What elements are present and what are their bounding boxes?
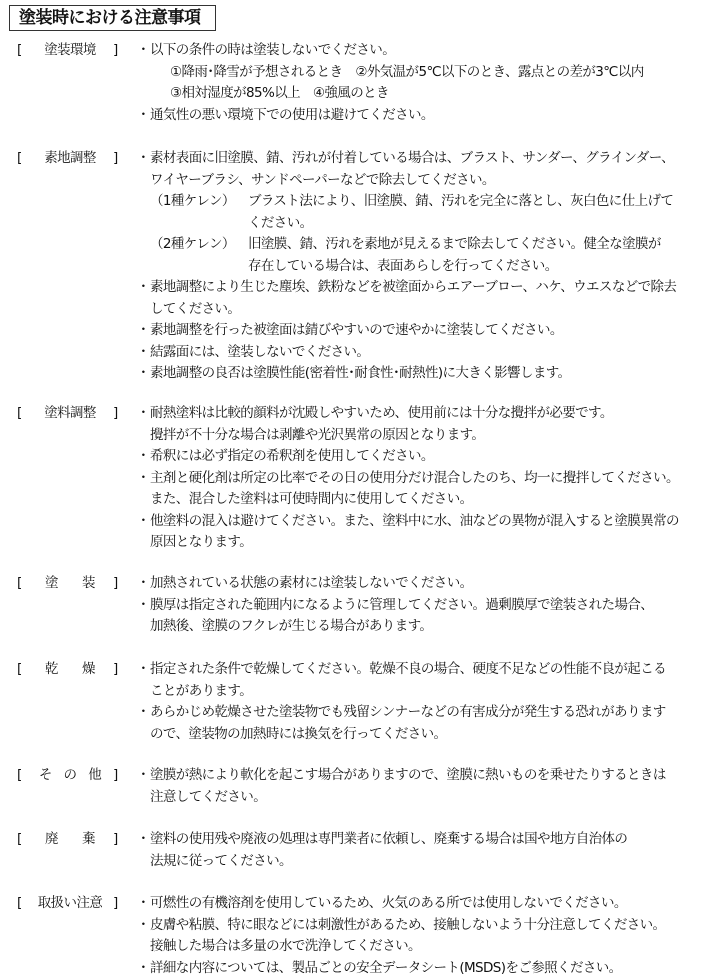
notice-line: ･以下の条件の時は塗装しないでください。 [140,40,720,62]
notice-line: ･可燃性の有機溶剤を使用しているため、火気のある所では使用しないでください。 [140,893,720,915]
section-lines: ･素材表面に旧塗膜、錆、汚れが付着している場合は、ブラスト、サンダー、グラインダ… [140,148,720,385]
bullet-icon: ･ [140,573,150,595]
section-lines: ･以下の条件の時は塗装しないでください。①降雨･降雪が予想されるとき ②外気温が… [140,40,720,126]
line-text: 詳細な内容については、製品ごとの安全データシート(MSDS)をご参照ください。 [150,960,622,976]
bullet-icon: ･ [140,511,150,533]
close-bracket: ] [113,893,123,915]
open-bracket: [ [17,893,27,915]
notice-line: 注意してください。 [140,787,720,809]
section-label-text: その他 [27,765,113,787]
line-text: 素材表面に旧塗膜、錆、汚れが付着している場合は、ブラスト、サンダー、グラインダー… [150,150,674,166]
line-text: 素地調整を行った被塗面は錆びやすいので速やかに塗装してください。 [150,322,563,338]
close-bracket: ] [113,659,123,681]
label-char: 他 [88,765,101,787]
open-bracket: [ [17,40,27,62]
close-bracket: ] [113,573,123,595]
line-text: 耐熱塗料は比較的顔料が沈殿しやすいため、使用前には十分な攪拌が必要です。 [150,405,613,421]
label-char: の [64,765,77,787]
line-text: 皮膚や粘膜、特に眼などには刺激性があるため、接触しないよう十分注意してください。 [150,917,665,933]
section-label-text: 塗料調整 [27,403,113,425]
label-char: 塗料調整 [44,403,96,425]
notice-line: 存在している場合は、表面あらしを行ってください。 [140,256,720,278]
notice-line: ･加熱されている状態の素材には塗装しないでください。 [140,573,720,595]
notice-line: ワイヤーブラシ、サンドペーパーなどで除去してください。 [140,170,720,192]
bullet-icon: ･ [140,277,150,299]
label-char: 素地調整 [44,148,96,170]
line-text: 素地調整により生じた塵埃、鉄粉などを被塗面からエアーブロー、ハケ、ウエスなどで除… [150,279,676,295]
label-char: 装 [82,573,95,595]
kelen-grade-label: （2種ケレン） [150,234,248,256]
line-text: 塗料の使用残や廃液の処理は専門業者に依頼し、廃棄する場合は国や地方自治体の [150,831,627,847]
open-bracket: [ [17,829,27,851]
notice-line: ･詳細な内容については、製品ごとの安全データシート(MSDS)をご参照ください。 [140,958,720,980]
line-text: 指定された条件で乾燥してください。乾燥不良の場合、硬度不足などの性能不良が起こる [150,661,666,677]
notice-line: 加熱後、塗膜のフクレが生じる場合があります。 [140,616,720,638]
line-text: あらかじめ乾燥させた塗装物でも残留シンナーなどの有害成分が発生する恐れがあります [150,704,666,720]
open-bracket: [ [17,765,27,787]
bullet-icon: ･ [140,363,150,385]
section-label: [塗装環境] [17,40,123,62]
line-text: 加熱されている状態の素材には塗装しないでください。 [150,575,473,591]
section-lines: ･塗料の使用残や廃液の処理は専門業者に依頼し、廃棄する場合は国や地方自治体の法規… [140,829,720,872]
label-char: 塗装環境 [44,40,96,62]
line-text: 主剤と硬化剤は所定の比率でその日の使用分だけ混合したのち、均一に攪拌してください… [150,470,679,486]
line-text: 通気性の悪い環境下での使用は避けてください。 [150,107,434,123]
close-bracket: ] [113,403,123,425]
line-text: 以下の条件の時は塗装しないでください。 [150,42,395,58]
section-label-text: 素地調整 [27,148,113,170]
notice-line: （2種ケレン）旧塗膜、錆、汚れを素地が見えるまで除去してください。健全な塗膜が [140,234,720,256]
bullet-icon: ･ [140,829,150,851]
label-char: 廃 [45,829,58,851]
open-bracket: [ [17,659,27,681]
notice-line: ･他塗料の混入は避けてください。また、塗料中に水、油などの異物が混入すると塗膜異… [140,511,720,533]
notice-line: （1種ケレン）ブラスト法により、旧塗膜、錆、汚れを完全に落とし、灰白色に仕上げて [140,191,720,213]
line-text: 結露面には、塗装しないでください。 [150,344,369,360]
kelen-grade-label [150,256,248,278]
notice-line: 接触した場合は多量の水で洗浄してください。 [140,936,720,958]
close-bracket: ] [113,765,123,787]
line-text: ください。 [248,213,313,235]
label-char: 乾 [45,659,58,681]
section-label: [その他] [17,765,123,787]
notice-line: 原因となります。 [140,532,720,554]
line-text: 他塗料の混入は避けてください。また、塗料中に水、油などの異物が混入すると塗膜異常… [150,513,679,529]
bullet-icon: ･ [140,446,150,468]
section-lines: ･塗膜が熱により軟化を起こす場合がありますので、塗膜に熱いものを乗せたりするとき… [140,765,720,808]
section-label: [塗料調整] [17,403,123,425]
open-bracket: [ [17,403,27,425]
line-text: 存在している場合は、表面あらしを行ってください。 [248,256,558,278]
line-text: ブラスト法により、旧塗膜、錆、汚れを完全に落とし、灰白色に仕上げて [248,191,673,213]
section-label-text: 乾燥 [27,659,113,681]
bullet-icon: ･ [140,595,150,617]
notice-line: 法規に従ってください。 [140,851,720,873]
close-bracket: ] [113,40,123,62]
line-text: 旧塗膜、錆、汚れを素地が見えるまで除去してください。健全な塗膜が [248,234,661,256]
open-bracket: [ [17,148,27,170]
section-lines: ･加熱されている状態の素材には塗装しないでください。･膜厚は指定された範囲内にな… [140,573,720,638]
label-char: 取扱い注意 [38,893,103,915]
bullet-icon: ･ [140,915,150,937]
notice-line: ･結露面には、塗装しないでください。 [140,342,720,364]
label-char: 塗 [45,573,58,595]
section-label-text: 廃棄 [27,829,113,851]
notice-line: ①降雨･降雪が予想されるとき ②外気温が5℃以下のとき、露点との差が3℃以内 [140,62,720,84]
notice-line: ･希釈には必ず指定の希釈剤を使用してください。 [140,446,720,468]
line-text: 膜厚は指定された範囲内になるように管理してください。過剰膜厚で塗装された場合、 [150,597,653,613]
line-text: 可燃性の有機溶剤を使用しているため、火気のある所では使用しないでください。 [150,895,627,911]
bullet-icon: ･ [140,403,150,425]
notice-line: ･塗膜が熱により軟化を起こす場合がありますので、塗膜に熱いものを乗せたりするとき… [140,765,720,787]
page-title: 塗装時における注意事項 [9,5,216,31]
bullet-icon: ･ [140,105,150,127]
notice-line: ことがあります。 [140,681,720,703]
bullet-icon: ･ [140,893,150,915]
section-label: [素地調整] [17,148,123,170]
line-text: 希釈には必ず指定の希釈剤を使用してください。 [150,448,434,464]
notice-line: してください。 [140,299,720,321]
notice-line: ･素材表面に旧塗膜、錆、汚れが付着している場合は、ブラスト、サンダー、グラインダ… [140,148,720,170]
close-bracket: ] [113,148,123,170]
notice-line: ･素地調整の良否は塗膜性能(密着性･耐食性･耐熱性)に大きく影響します。 [140,363,720,385]
notice-line: ので、塗装物の加熱時には換気を行ってください。 [140,724,720,746]
section-lines: ･指定された条件で乾燥してください。乾燥不良の場合、硬度不足などの性能不良が起こ… [140,659,720,745]
line-text: 塗膜が熱により軟化を起こす場合がありますので、塗膜に熱いものを乗せたりするときは [150,767,666,783]
notice-line: ･指定された条件で乾燥してください。乾燥不良の場合、硬度不足などの性能不良が起こ… [140,659,720,681]
bullet-icon: ･ [140,342,150,364]
bullet-icon: ･ [140,958,150,980]
bullet-icon: ･ [140,148,150,170]
section-label-text: 塗装 [27,573,113,595]
close-bracket: ] [113,829,123,851]
kelen-grade-label: （1種ケレン） [150,191,248,213]
notice-line: ･素地調整を行った被塗面は錆びやすいので速やかに塗装してください。 [140,320,720,342]
bullet-icon: ･ [140,659,150,681]
label-char: そ [39,765,52,787]
label-char: 燥 [82,659,95,681]
section-lines: ･可燃性の有機溶剤を使用しているため、火気のある所では使用しないでください。･皮… [140,893,720,979]
kelen-grade-label [150,213,248,235]
section-label-text: 取扱い注意 [27,893,113,915]
line-text: 素地調整の良否は塗膜性能(密着性･耐食性･耐熱性)に大きく影響します。 [150,365,570,381]
label-char: 棄 [82,829,95,851]
notice-line: ･あらかじめ乾燥させた塗装物でも残留シンナーなどの有害成分が発生する恐れがありま… [140,702,720,724]
bullet-icon: ･ [140,320,150,342]
notice-line: ･耐熱塗料は比較的顔料が沈殿しやすいため、使用前には十分な攪拌が必要です。 [140,403,720,425]
open-bracket: [ [17,573,27,595]
section-label: [廃棄] [17,829,123,851]
notice-line: ･膜厚は指定された範囲内になるように管理してください。過剰膜厚で塗装された場合、 [140,595,720,617]
notice-line: 攪拌が不十分な場合は剥離や光沢異常の原因となります。 [140,425,720,447]
notice-line: ･主剤と硬化剤は所定の比率でその日の使用分だけ混合したのち、均一に攪拌してくださ… [140,468,720,490]
section-label: [塗装] [17,573,123,595]
section-label-text: 塗装環境 [27,40,113,62]
bullet-icon: ･ [140,468,150,490]
notice-line: ③相対湿度が85%以上 ④強風のとき [140,83,720,105]
bullet-icon: ･ [140,702,150,724]
section-label: [乾燥] [17,659,123,681]
notice-line: また、混合した塗料は可使時間内に使用してください。 [140,489,720,511]
bullet-icon: ･ [140,40,150,62]
notice-line: ･皮膚や粘膜、特に眼などには刺激性があるため、接触しないよう十分注意してください… [140,915,720,937]
notice-line: ください。 [140,213,720,235]
notice-line: ･通気性の悪い環境下での使用は避けてください。 [140,105,720,127]
section-lines: ･耐熱塗料は比較的顔料が沈殿しやすいため、使用前には十分な攪拌が必要です。攪拌が… [140,403,720,554]
notice-line: ･塗料の使用残や廃液の処理は専門業者に依頼し、廃棄する場合は国や地方自治体の [140,829,720,851]
notice-line: ･素地調整により生じた塵埃、鉄粉などを被塗面からエアーブロー、ハケ、ウエスなどで… [140,277,720,299]
bullet-icon: ･ [140,765,150,787]
section-label: [取扱い注意] [17,893,123,915]
